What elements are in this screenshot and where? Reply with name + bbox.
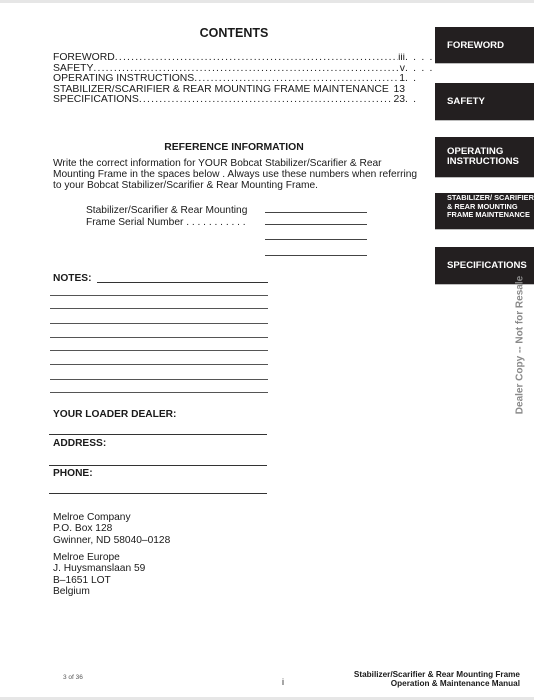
notes-line[interactable] (50, 364, 268, 365)
address-melroe-europe: Melroe Europe J. Huysmanslaan 59 B–1651 … (53, 552, 145, 597)
serial-blank-line[interactable] (265, 255, 367, 256)
tab-foreword[interactable]: FOREWORD (435, 27, 534, 63)
viewer-top-bar (0, 0, 534, 3)
reference-paragraph: Write the correct information for YOUR B… (53, 159, 423, 191)
toc-entry-operating-instructions[interactable]: OPERATING INSTRUCTIONS .................… (53, 74, 433, 85)
address-line-text: Gwinner, ND 58040–0128 (53, 535, 170, 546)
address-line-text: Belgium (53, 586, 145, 597)
notes-line[interactable] (50, 350, 268, 351)
manual-title: Stabilizer/Scarifier & Rear Mounting Fra… (354, 670, 520, 688)
serial-label-line-1: Stabilizer/Scarifier & Rear Mounting (86, 205, 247, 217)
toc-entry-maintenance[interactable]: STABILIZER/SCARIFIER & REAR MOUNTING FRA… (53, 85, 433, 96)
toc-label: SPECIFICATIONS (53, 95, 139, 106)
reference-title: REFERENCE INFORMATION (0, 142, 468, 153)
address-line-text: Melroe Europe (53, 552, 145, 563)
loader-dealer-label: YOUR LOADER DEALER: (53, 409, 176, 420)
toc-label: FOREWORD (53, 53, 115, 64)
address-melroe-company: Melroe Company P.O. Box 128 Gwinner, ND … (53, 512, 170, 546)
notes-label: NOTES: (53, 273, 92, 284)
phone-line[interactable] (49, 493, 267, 494)
toc-tail: . . . . (405, 53, 433, 64)
toc-page: iii (398, 53, 405, 64)
notes-line[interactable] (97, 282, 268, 283)
loader-dealer-line[interactable] (49, 434, 267, 435)
serial-blank-line[interactable] (265, 239, 367, 240)
notes-line[interactable] (50, 337, 268, 338)
manual-title-line-1: Stabilizer/Scarifier & Rear Mounting Fra… (354, 670, 520, 679)
page-counter: 3 of 36 (63, 674, 83, 681)
address-label: ADDRESS: (53, 438, 106, 449)
address-line-text: B–1651 LOT (53, 575, 145, 586)
toc-tail: . . . . (405, 64, 433, 75)
notes-line[interactable] (50, 295, 268, 296)
serial-blank-line[interactable] (265, 212, 367, 213)
manual-title-line-2: Operation & Maintenance Manual (354, 679, 520, 688)
serial-number-label: Stabilizer/Scarifier & Rear Mounting Fra… (86, 205, 247, 228)
serial-blank-line[interactable] (265, 224, 367, 225)
contents-title: CONTENTS (0, 26, 468, 40)
page-number: i (282, 677, 284, 687)
dealer-copy-watermark: Dealer Copy -- Not for Resale (515, 276, 526, 414)
toc-leader: ........................................… (93, 64, 399, 75)
table-of-contents: FOREWORD ...............................… (53, 53, 433, 106)
tab-safety[interactable]: SAFETY (435, 83, 534, 120)
tab-maintenance[interactable]: STABILIZER/ SCARIFIER & REAR MOUNTING FR… (435, 193, 534, 229)
toc-entry-foreword[interactable]: FOREWORD ...............................… (53, 53, 433, 64)
phone-label: PHONE: (53, 468, 93, 479)
toc-label: OPERATING INSTRUCTIONS (53, 74, 194, 85)
toc-tail (405, 85, 433, 96)
serial-label-line-2: Frame Serial Number . . . . . . . . . . … (86, 217, 247, 229)
toc-label: SAFETY (53, 64, 93, 75)
toc-entry-safety[interactable]: SAFETY .................................… (53, 64, 433, 75)
address-line[interactable] (49, 465, 267, 466)
toc-page: 23 (393, 95, 405, 106)
toc-tail: . . (405, 95, 433, 106)
toc-label: STABILIZER/SCARIFIER & REAR MOUNTING FRA… (53, 85, 389, 96)
address-line-text: J. Huysmanslaan 59 (53, 563, 145, 574)
address-line-text: Melroe Company (53, 512, 170, 523)
notes-line[interactable] (50, 379, 268, 380)
notes-line[interactable] (50, 323, 268, 324)
notes-line[interactable] (50, 308, 268, 309)
toc-leader: ........................................… (115, 53, 398, 64)
toc-leader: ........................................… (139, 95, 394, 106)
toc-leader: ........................................… (194, 74, 399, 85)
toc-tail: . . (405, 74, 433, 85)
toc-entry-specifications[interactable]: SPECIFICATIONS .........................… (53, 95, 433, 106)
address-line-text: P.O. Box 128 (53, 523, 170, 534)
notes-line[interactable] (50, 392, 268, 393)
toc-page: 13 (393, 85, 405, 96)
